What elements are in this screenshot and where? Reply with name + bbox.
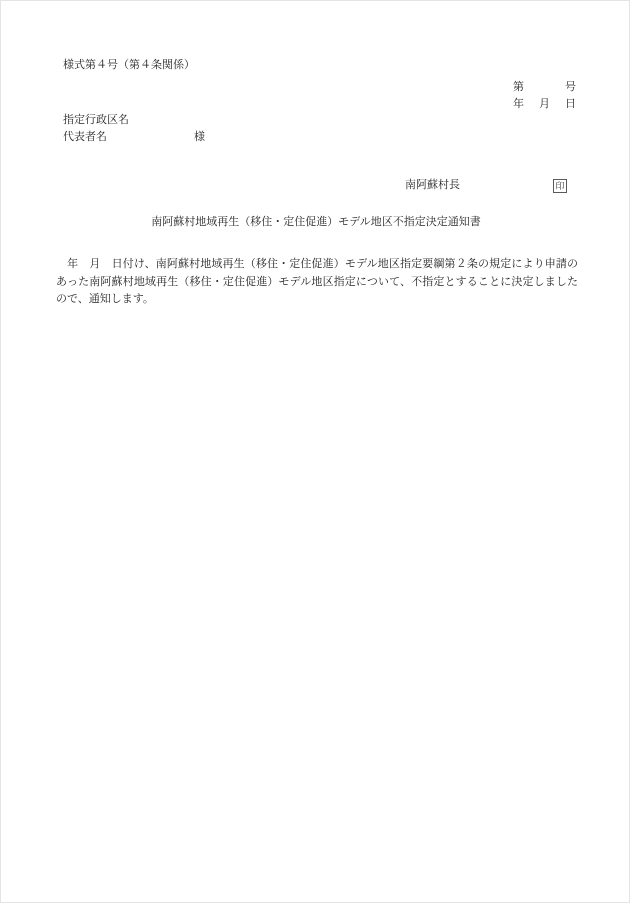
addressee-district-label: 指定行政区名 [63, 112, 129, 129]
form-number-label: 様式第４号（第４条関係） [63, 57, 195, 74]
document-title: 南阿蘇村地域再生（移住・定住促進）モデル地区不指定決定通知書 [1, 214, 630, 231]
sender-title: 南阿蘇村長 [405, 177, 460, 194]
seal-mark-icon: 印 [553, 179, 567, 193]
body-paragraph: 年 月 日付け、南阿蘇村地域再生（移住・定住促進）モデル地区指定要綱第２条の規定… [56, 256, 578, 309]
date-placeholder: 年 月 日 [513, 96, 578, 113]
document-number-placeholder: 第 号 [513, 79, 578, 96]
addressee-honorific: 様 [194, 129, 205, 146]
addressee-representative-label: 代表者名 [63, 129, 107, 146]
document-page: 様式第４号（第４条関係） 第 号 年 月 日 指定行政区名 代表者名 様 南阿蘇… [0, 0, 630, 903]
